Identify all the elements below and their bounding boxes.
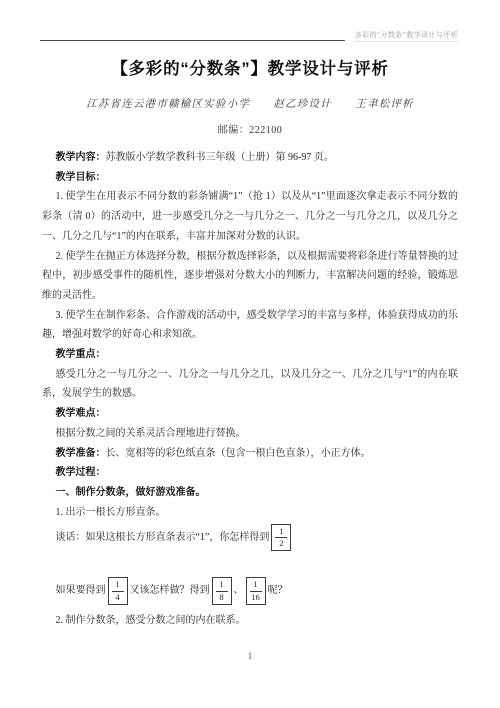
- para-step-2: 2. 制作分数条，感受分数之间的内在联系。: [42, 611, 458, 631]
- page-number: 1: [0, 651, 500, 661]
- fraction-denominator: 16: [250, 591, 262, 603]
- fraction-numerator: 1: [275, 526, 287, 537]
- document-page: 多彩的“分数条”教学设计与评析 【多彩的“分数条”】教学设计与评析 江苏省连云港…: [0, 0, 500, 708]
- page-header: 多彩的“分数条”教学设计与评析: [40, 26, 458, 42]
- para-teaching-content: 教学内容：苏教版小学数学教科书三年级（上册）第 96-97 页。: [42, 148, 458, 168]
- postal-code: 邮编：222100: [42, 125, 458, 137]
- para-ask-line: 如果要得到14又该怎样做？得到18、116呢？: [42, 577, 458, 604]
- ask-text-4: 呢？: [268, 585, 288, 596]
- fraction-numerator: 1: [250, 579, 262, 590]
- ask-text-3: 、: [234, 585, 244, 596]
- fraction-denominator: 2: [275, 537, 287, 549]
- fraction-numerator: 1: [112, 579, 124, 590]
- para-teaching-key-label: 教学重点：: [42, 345, 458, 365]
- teaching-prep-text: 长、宽相等的彩色纸直条（包含一根白色直条），小正方体。: [106, 448, 371, 459]
- fraction-box-1-16: 116: [246, 577, 266, 604]
- teaching-content-label: 教学内容：: [56, 152, 106, 163]
- para-step-1: 1. 出示一根长方形直条。: [42, 503, 458, 523]
- fraction-box-1-8: 18: [212, 577, 232, 604]
- para-teaching-difficulty-label: 教学难点：: [42, 404, 458, 424]
- talk-text: 谈话：如果这根长方形直条表示“1”，你怎样得到: [56, 532, 270, 543]
- header-rule: [40, 40, 345, 41]
- para-talk-line: 谈话：如果这根长方形直条表示“1”，你怎样得到12: [42, 524, 458, 551]
- teaching-content-text: 苏教版小学数学教科书三年级（上册）第 96-97 页。: [106, 152, 334, 163]
- document-body: 教学内容：苏教版小学数学教科书三年级（上册）第 96-97 页。 教学目标： 1…: [42, 148, 458, 630]
- para-goal-2: 2. 使学生在抛正方体选择分数，根据分数选择彩条，以及根据需要将彩条进行等量替换…: [42, 247, 458, 306]
- fraction-denominator: 4: [112, 591, 124, 603]
- para-teaching-process-label: 教学过程：: [42, 463, 458, 483]
- ask-text-2: 又该怎样做？得到: [130, 585, 210, 596]
- fraction-denominator: 8: [216, 591, 228, 603]
- byline: 江苏省连云港市赣榆区实验小学 赵乙珍设计 王聿松评析: [42, 98, 458, 112]
- fraction-box-1-2: 12: [271, 524, 291, 551]
- para-teaching-key-text: 感受几分之一与几分之一、几分之一与几分之几，以及几分之一、几分之几与“1”的内在…: [42, 365, 458, 404]
- header-running-title: 多彩的“分数条”教学设计与评析: [355, 30, 458, 42]
- para-goal-3: 3. 使学生在制作彩条、合作游戏的活动中，感受数学学习的丰富与多样，体验获得成功…: [42, 306, 458, 345]
- fraction-box-1-4: 14: [108, 577, 128, 604]
- para-teaching-difficulty-text: 根据分数之间的关系灵活合理地进行替换。: [42, 424, 458, 444]
- fraction-numerator: 1: [216, 579, 228, 590]
- para-section-1-title: 一、制作分数条，做好游戏准备。: [42, 483, 458, 503]
- para-teaching-goals-label: 教学目标：: [42, 168, 458, 188]
- para-goal-1: 1. 使学生在用表示不同分数的彩条铺满“1”（抢 1）以及从“1”里面逐次拿走表…: [42, 187, 458, 246]
- ask-text-1: 如果要得到: [56, 585, 106, 596]
- para-teaching-prep: 教学准备：长、宽相等的彩色纸直条（包含一根白色直条），小正方体。: [42, 444, 458, 464]
- teaching-prep-label: 教学准备：: [56, 448, 106, 459]
